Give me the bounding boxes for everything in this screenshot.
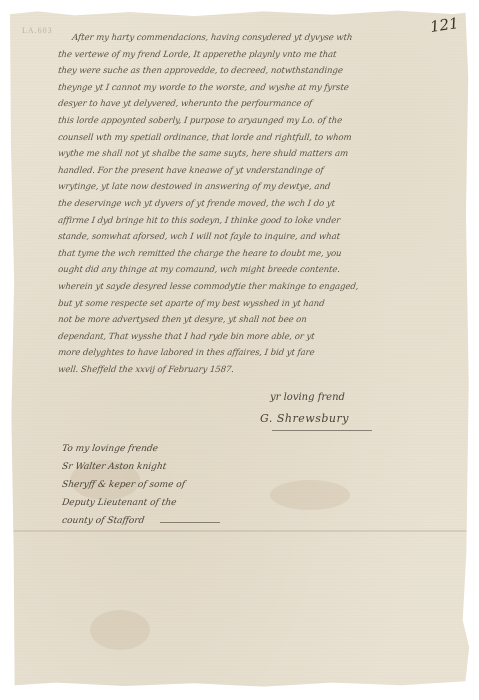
letter-line: handled. For the present have kneawe of … (58, 163, 468, 180)
address-line: To my lovinge frende (62, 440, 262, 458)
letter-closing-line: more delyghtes to have labored in thes a… (58, 345, 468, 362)
letter-line: this lorde appoynted soberly, I purpose … (58, 113, 468, 130)
letter-line: the deservinge wch yt dyvers of yt frend… (58, 196, 468, 213)
address-flourish (160, 522, 220, 523)
manuscript-page: LA.603 121 After my harty commendacions,… (10, 10, 471, 688)
letter-line: After my harty commendacions, having con… (58, 30, 468, 47)
water-stain (270, 480, 350, 510)
address-line: county of Stafford (62, 512, 262, 530)
letter-line: ought did any thinge at my comaund, wch … (58, 262, 468, 279)
address-line: Deputy Lieutenant of the (62, 494, 262, 512)
letter-line: wherein yt sayde desyred lesse commodyti… (58, 279, 468, 296)
valediction: yr loving frend (260, 388, 349, 408)
signature: G. Shrewsbury (260, 408, 349, 430)
letter-line: dependant, That wysshe that I had ryde b… (58, 329, 468, 346)
letter-line: wrytinge, yt late now destowed in answer… (58, 179, 468, 196)
letter-line: they were suche as then approvedde, to d… (58, 63, 468, 80)
signature-flourish (272, 430, 372, 431)
letter-line: wythe me shall not yt shalbe the same su… (58, 146, 468, 163)
letter-line: theynge yt I cannot my worde to the wors… (58, 80, 468, 97)
address-line: Sr Walter Aston knight (62, 458, 262, 476)
letter-line: stande, somwhat aforsed, wch I will not … (58, 229, 468, 246)
signoff-block: yr loving frend G. Shrewsbury (260, 388, 349, 430)
catalogue-mark: LA.603 (22, 26, 53, 35)
letter-date-line: well. Sheffeld the xxvij of February 158… (58, 362, 468, 379)
letter-body: After my harty commendacions, having con… (58, 30, 468, 378)
water-stain (90, 610, 150, 650)
letter-line: not be more advertysed then yt desyre, y… (58, 312, 468, 329)
letter-line: affirme I dyd bringe hit to this sodeyn,… (58, 213, 468, 230)
address-line: Sheryff & keper of some of (62, 476, 262, 494)
letter-line: the vertewe of my frend Lorde, It appere… (58, 47, 468, 64)
address-block: To my lovinge frende Sr Walter Aston kni… (62, 440, 262, 530)
letter-line: that tyme the wch remitted the charge th… (58, 246, 468, 263)
paper-fold-line (10, 530, 471, 532)
letter-line: but yt some respecte set aparte of my be… (58, 296, 468, 313)
letter-line: counsell wth my spetiall ordinance, that… (58, 130, 468, 147)
letter-line: desyer to have yt delyvered, wherunto th… (58, 96, 468, 113)
